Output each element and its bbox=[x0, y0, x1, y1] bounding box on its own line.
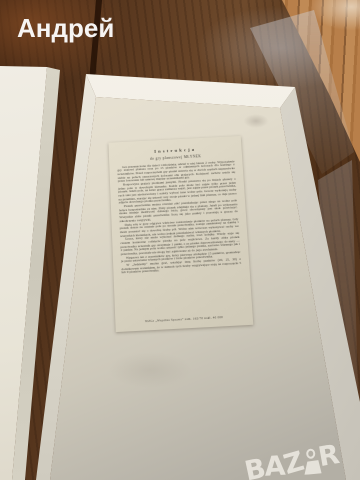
bazar-letter: R bbox=[316, 441, 341, 471]
bag-handle bbox=[306, 449, 315, 459]
instruction-sheet: Instrukcja do gry planszowej MŁYNEK Gra … bbox=[108, 136, 253, 332]
product-photo: Instrukcja do gry planszowej MŁYNEK Gra … bbox=[0, 0, 360, 480]
seller-watermark: Андрей bbox=[17, 13, 114, 44]
sheet-imprint: WZGr „Wspólna Sprawa” zam. 162/70 nakł. … bbox=[123, 314, 244, 327]
